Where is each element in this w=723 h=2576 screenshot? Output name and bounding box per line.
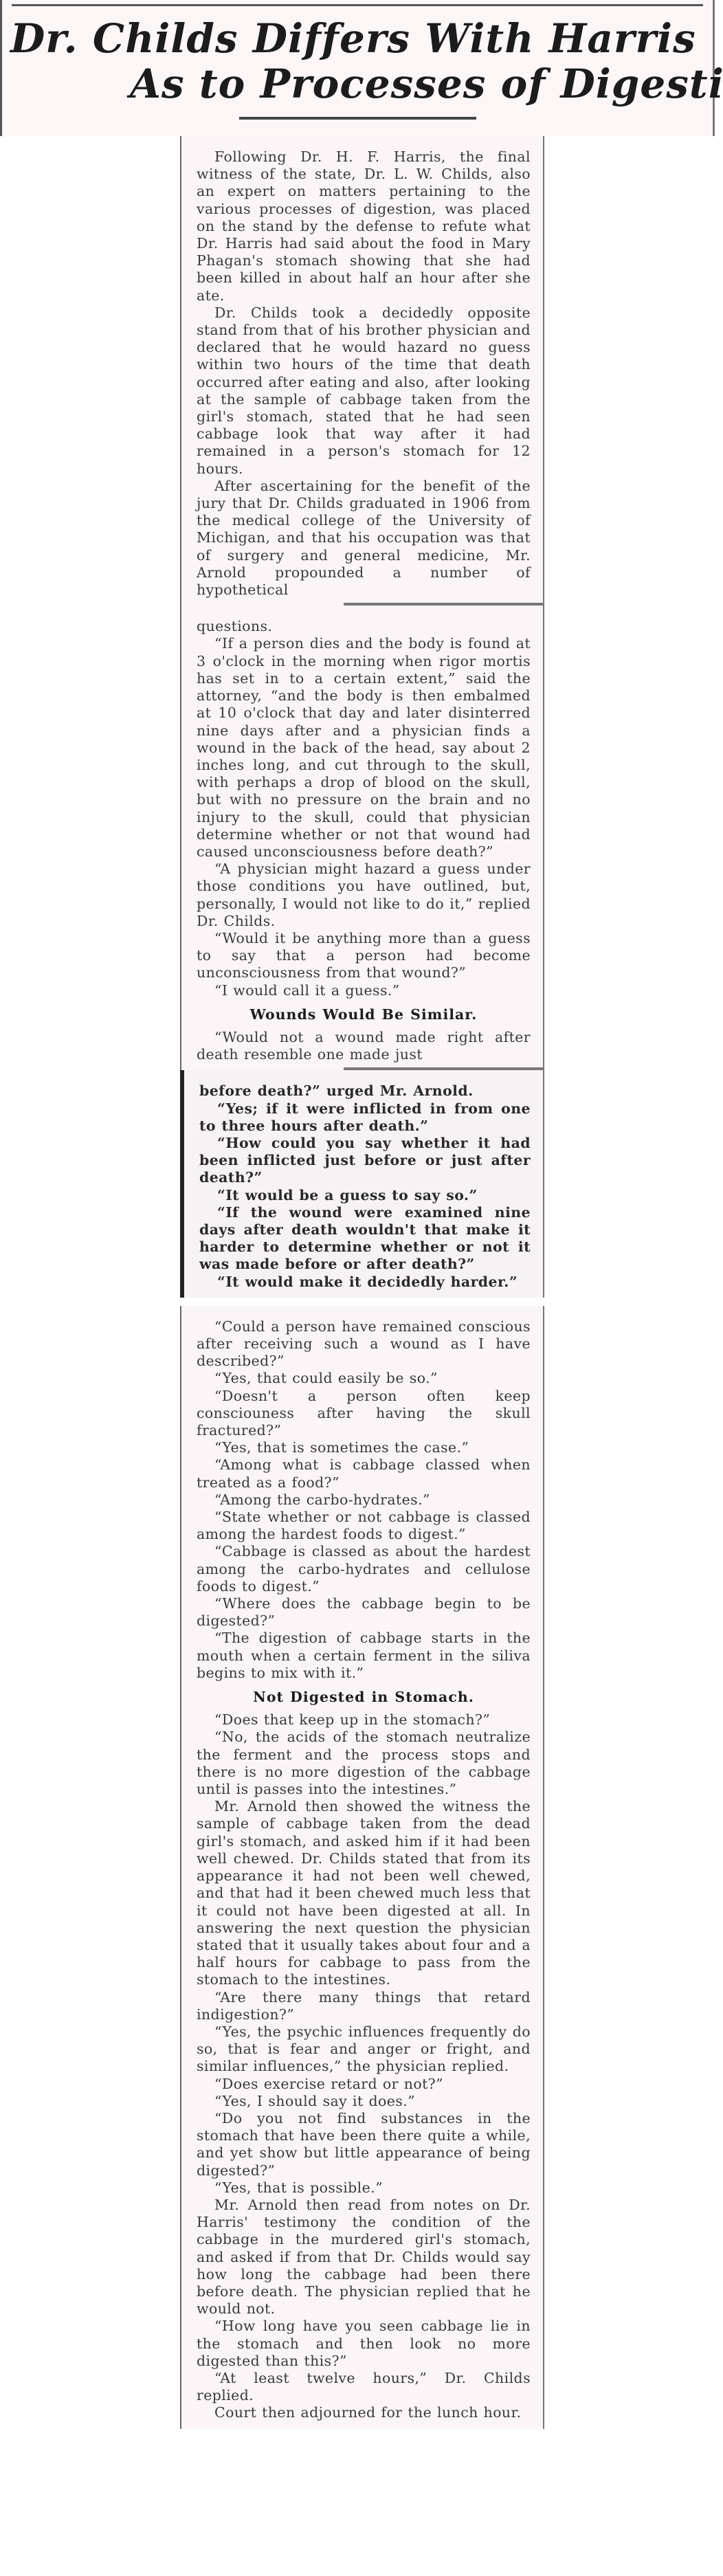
paragraph: “Yes, that is possible.” xyxy=(197,2179,531,2197)
paragraph: “Yes; if it were inflicted in from one t… xyxy=(199,1100,531,1135)
paragraph: “Cabbage is classed as about the hardest… xyxy=(197,1543,531,1595)
subheading: Wounds Would Be Similar. xyxy=(197,1006,531,1023)
paragraph: “A physician might hazard a guess under … xyxy=(197,860,531,930)
clipping-fragment: “Could a person have remained conscious … xyxy=(180,1306,544,2429)
paragraph: Following Dr. H. F. Harris, the final wi… xyxy=(197,148,531,304)
paragraph: Dr. Childs took a decidedly opposite sta… xyxy=(197,304,531,478)
paragraph: “Yes, that is sometimes the case.” xyxy=(197,1439,531,1456)
paragraph: “Yes, the psychic influences frequently … xyxy=(197,2023,531,2076)
paragraph: “Does that keep up in the stomach?” xyxy=(197,1711,531,1729)
fragment-rule xyxy=(344,603,543,606)
clipping-fragment: before death?” urged Mr. Arnold.“Yes; if… xyxy=(180,1070,544,1297)
paragraph: “It would make it decidedly harder.” xyxy=(199,1274,531,1291)
paragraph: Mr. Arnold then read from notes on Dr. H… xyxy=(197,2197,531,2318)
paragraph: “Among what is cabbage classed when trea… xyxy=(197,1456,531,1491)
paragraph: “Where does the cabbage begin to be dige… xyxy=(197,1595,531,1630)
paragraph: “I would call it a guess.” xyxy=(197,982,531,999)
paragraph: “If a person dies and the body is found … xyxy=(197,635,531,860)
paragraph: “How long have you seen cabbage lie in t… xyxy=(197,2318,531,2370)
headline-line-2: As to Processes of Digestion xyxy=(130,60,723,107)
paragraph: “It would be a guess to say so.” xyxy=(199,1187,531,1204)
paragraph: before death?” urged Mr. Arnold. xyxy=(199,1082,531,1100)
paragraph: questions. xyxy=(197,618,531,635)
paragraph: “Would not a wound made right after deat… xyxy=(197,1029,531,1063)
headline-dash-rule xyxy=(239,117,476,120)
paragraph: “No, the acids of the stomach neutralize… xyxy=(197,1729,531,1798)
subheading: Not Digested in Stomach. xyxy=(197,1689,531,1706)
article-column: Following Dr. H. F. Harris, the final wi… xyxy=(180,136,544,2429)
paragraph: “At least twelve hours,” Dr. Childs repl… xyxy=(197,2370,531,2404)
clipping-fragment: questions.“If a person dies and the body… xyxy=(180,606,544,1070)
paragraph: “Among the carbo-hydrates.” xyxy=(197,1491,531,1509)
paragraph: Court then adjourned for the lunch hour. xyxy=(197,2404,531,2421)
paragraph: “Do you not find substances in the stoma… xyxy=(197,2110,531,2179)
headline-box: Dr. Childs Differs With Harris As to Pro… xyxy=(0,0,715,136)
headline-line-1: Dr. Childs Differs With Harris xyxy=(10,15,696,62)
clipping-fragment: Following Dr. H. F. Harris, the final wi… xyxy=(180,136,544,606)
paragraph: Mr. Arnold then showed the witness the s… xyxy=(197,1798,531,1988)
fragment-rule xyxy=(344,1067,543,1070)
paragraph: “How could you say whether it had been i… xyxy=(199,1135,531,1187)
paragraph: “Does exercise retard or not?” xyxy=(197,2076,531,2093)
paragraph: “The digestion of cabbage starts in the … xyxy=(197,1630,531,1682)
paragraph: “State whether or not cabbage is classed… xyxy=(197,1509,531,1543)
top-rule xyxy=(12,4,703,6)
paragraph: “If the wound were examined nine days af… xyxy=(199,1204,531,1274)
paragraph: After ascertaining for the benefit of th… xyxy=(197,478,531,599)
paragraph: “Yes, I should say it does.” xyxy=(197,2093,531,2110)
paragraph: “Could a person have remained conscious … xyxy=(197,1318,531,1370)
paragraph: “Are there many things that retard indig… xyxy=(197,1989,531,2023)
paragraph: “Would it be anything more than a guess … xyxy=(197,930,531,982)
paragraph: “Doesn't a person often keep consciounes… xyxy=(197,1388,531,1440)
paragraph: “Yes, that could easily be so.” xyxy=(197,1370,531,1387)
